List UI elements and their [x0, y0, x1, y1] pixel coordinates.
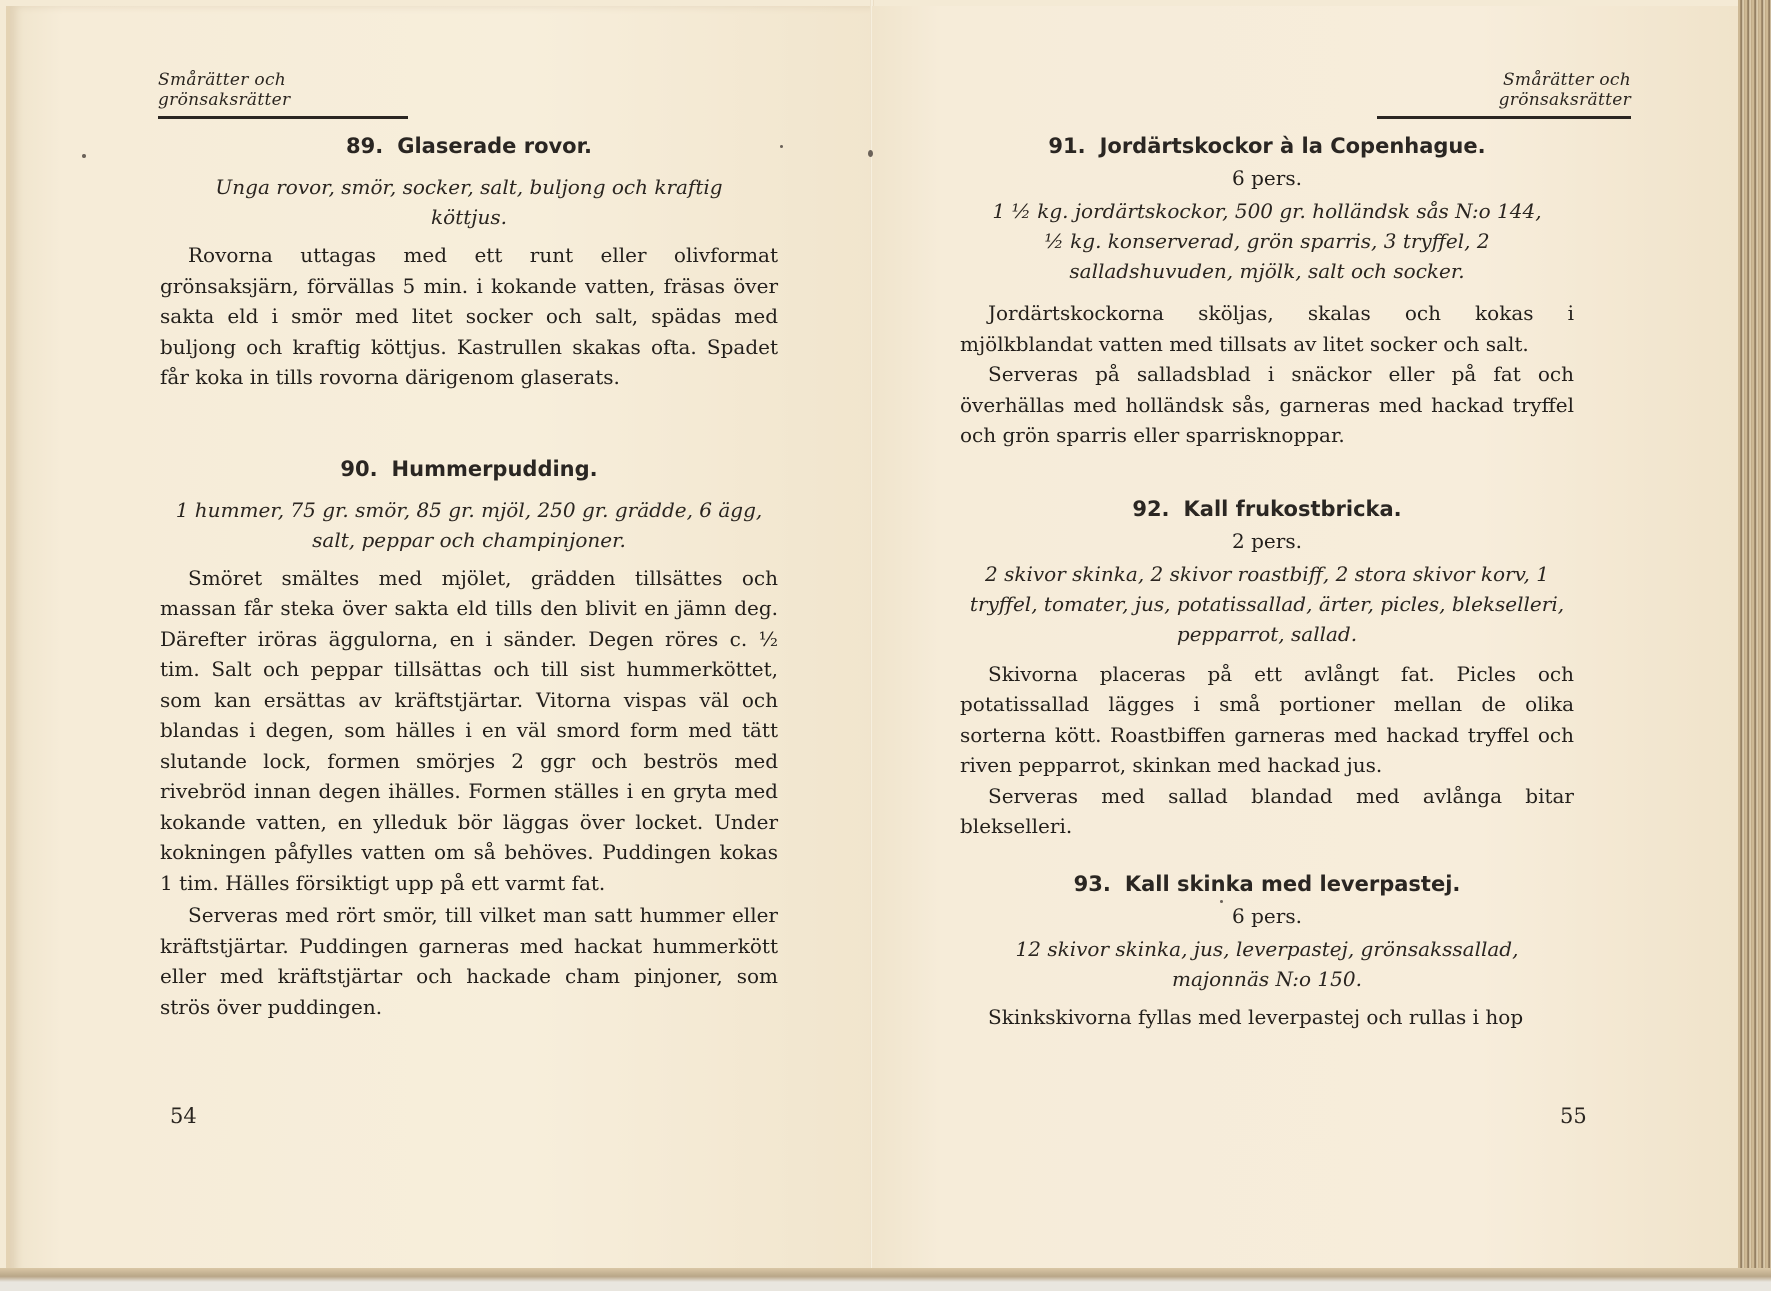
- paper-speck: [82, 154, 86, 158]
- page-bottom-edge: [0, 1268, 1771, 1282]
- running-head-right: Smårätter och grönsaksrätter: [1377, 70, 1631, 119]
- recipe-servings: 6 pers.: [960, 166, 1574, 190]
- recipe-number: 92.: [1132, 497, 1169, 521]
- page-number-left: 54: [170, 1104, 197, 1128]
- recipe-number: 91.: [1048, 134, 1085, 158]
- running-head-left: Smårätter och grönsaksrätter: [158, 70, 408, 119]
- page-fore-edge: [1738, 0, 1771, 1280]
- page-number-right: 55: [1560, 1104, 1587, 1128]
- recipe-servings: 2 pers.: [960, 529, 1574, 553]
- recipe-89: 89.Glaserade rovor. Unga rovor, smör, so…: [160, 134, 778, 393]
- recipe-90: 90.Hummerpudding. 1 hummer, 75 gr. smör,…: [160, 457, 778, 1023]
- recipe-91: 91.Jordärtskockor à la Copenhague. 6 per…: [960, 134, 1574, 451]
- recipe-93: 93.Kall skinka med leverpastej. 6 pers. …: [960, 872, 1574, 1033]
- recipe-ingredients: 1 ½ kg. jordärtskockor, 500 gr. holländs…: [960, 196, 1574, 286]
- recipe-paragraph: Skivorna placeras på ett avlångt fat. Pi…: [960, 659, 1574, 781]
- recipe-title: 92.Kall frukostbricka.: [960, 497, 1574, 521]
- paper-speck: [780, 145, 783, 148]
- recipe-name: Hummerpudding.: [392, 457, 598, 481]
- paper-speck: [1220, 900, 1223, 903]
- paper-speck: [868, 150, 873, 157]
- recipe-paragraph: Rovorna uttagas med ett runt eller olivf…: [160, 240, 778, 393]
- recipe-ingredients: 2 skivor skinka, 2 skivor roastbiff, 2 s…: [960, 559, 1574, 649]
- recipe-name: Jordärtskockor à la Copenhague.: [1100, 134, 1486, 158]
- recipe-paragraph: Jordärtskockorna sköljas, skalas och kok…: [960, 298, 1574, 359]
- recipe-name: Kall frukostbricka.: [1184, 497, 1402, 521]
- recipe-paragraph: Serveras på salladsblad i snäckor eller …: [960, 359, 1574, 451]
- recipe-number: 89.: [346, 134, 383, 158]
- recipe-title: 89.Glaserade rovor.: [160, 134, 778, 158]
- recipe-title: 91.Jordärtskockor à la Copenhague.: [960, 134, 1574, 158]
- right-column: 91.Jordärtskockor à la Copenhague. 6 per…: [960, 120, 1574, 1032]
- recipe-92: 92.Kall frukostbricka. 2 pers. 2 skivor …: [960, 497, 1574, 842]
- recipe-paragraph: Skinkskivorna fyllas med leverpastej och…: [960, 1002, 1574, 1033]
- recipe-title: 93.Kall skinka med leverpastej.: [960, 872, 1574, 896]
- recipe-ingredients: Unga rovor, smör, socker, salt, buljong …: [160, 172, 778, 232]
- recipe-paragraph: Smöret smältes med mjölet, grädden tills…: [160, 563, 778, 899]
- recipe-number: 90.: [340, 457, 377, 481]
- recipe-title: 90.Hummerpudding.: [160, 457, 778, 481]
- recipe-number: 93.: [1074, 872, 1111, 896]
- recipe-paragraph: Serveras med sallad blandad med avlånga …: [960, 781, 1574, 842]
- recipe-name: Glaserade rovor.: [397, 134, 592, 158]
- recipe-ingredients: 12 skivor skinka, jus, leverpastej, grön…: [960, 934, 1574, 994]
- book-spread: Smårätter och grönsaksrätter 89.Glaserad…: [0, 0, 1771, 1280]
- recipe-servings: 6 pers.: [960, 904, 1574, 928]
- recipe-ingredients: 1 hummer, 75 gr. smör, 85 gr. mjöl, 250 …: [160, 495, 778, 555]
- recipe-name: Kall skinka med leverpastej.: [1125, 872, 1461, 896]
- recipe-paragraph: Serveras med rört smör, till vilket man …: [160, 900, 778, 1022]
- left-column: 89.Glaserade rovor. Unga rovor, smör, so…: [160, 120, 778, 1022]
